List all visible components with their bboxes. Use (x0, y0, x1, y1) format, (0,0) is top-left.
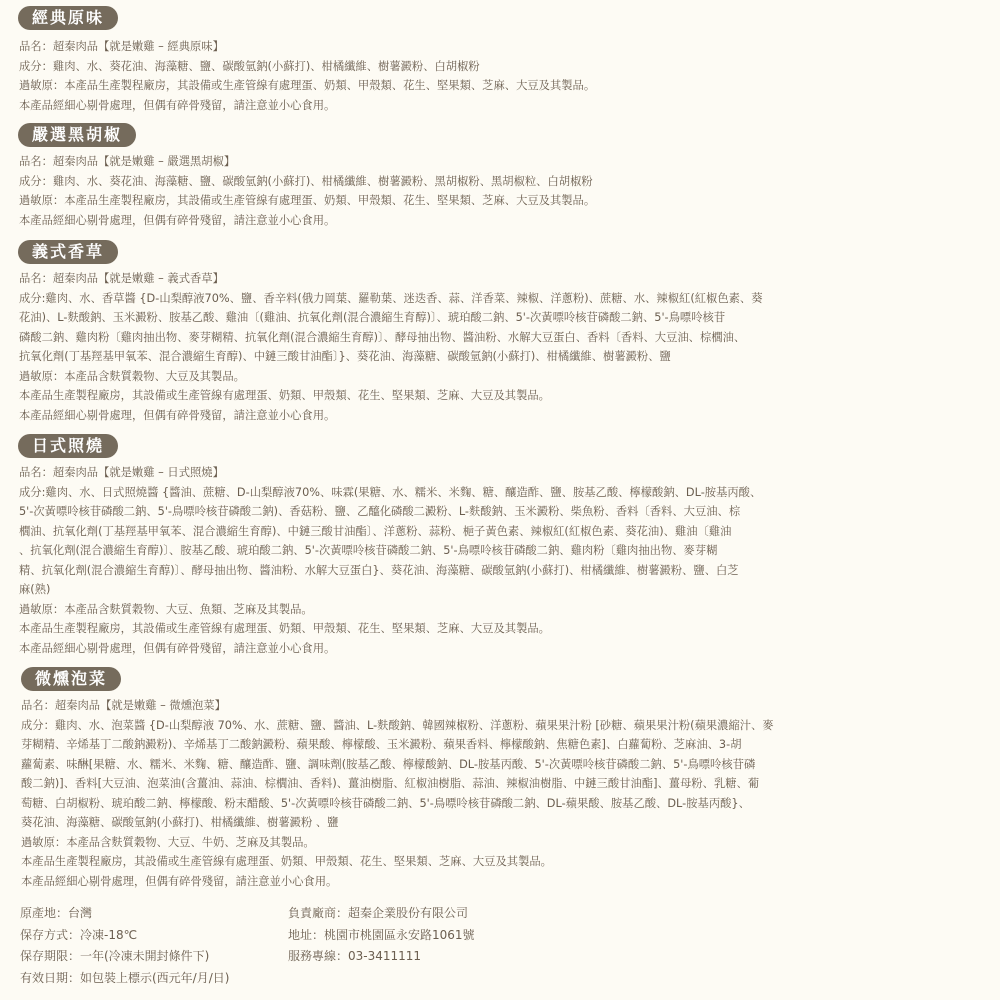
ingredients-line: 麻(熟) (19, 580, 809, 600)
ingredients-line: 成分：雞肉、水、葵花油、海藻糖、鹽、碳酸氫鈉(小蘇打)、柑橘纖維、樹薯澱粉、白胡… (19, 57, 809, 77)
product-name-line: 品名：超秦肉品【就是嫩雞 – 微燻泡菜】 (21, 696, 811, 716)
section-title-pill: 義式香草 (18, 240, 118, 264)
product-name-line: 品名：超秦肉品【就是嫩雞 – 日式照燒】 (19, 463, 809, 483)
manufacturer-line: 負責廠商：超秦企業股份有限公司 (288, 903, 475, 925)
ingredients-line: 成分:雞肉、水、香草醬 {D-山梨醇液70%、鹽、香辛料(俄力岡葉、羅勒葉、迷迭… (19, 289, 809, 309)
allergen-line: 過敏原：本產品生產製程廠房，其設備或生產管線有處理蛋、奶類、甲殼類、花生、堅果類… (19, 76, 809, 96)
section-details: 品名：超秦肉品【就是嫩雞 – 微燻泡菜】 成分：雞肉、水、泡菜醬 {D-山梨醇液… (21, 696, 811, 891)
allergen-line: 過敏原：本產品含麩質穀物、大豆、牛奶、芝麻及其製品。 (21, 833, 811, 853)
bone-notice-line: 本產品經細心剔骨處理，但偶有碎骨殘留，請注意並小心食用。 (19, 211, 809, 231)
section-details: 品名：超秦肉品【就是嫩雞 – 嚴選黑胡椒】 成分：雞肉、水、葵花油、海藻糖、鹽、… (19, 152, 809, 230)
facility-notice-line: 本產品生產製程廠房，其設備或生產管線有處理蛋、奶類、甲殼類、花生、堅果類、芝麻、… (19, 619, 809, 639)
expiry-date-line: 有效日期：如包裝上標示(西元年/月/日) (20, 968, 229, 990)
section-details: 品名：超秦肉品【就是嫩雞 – 義式香草】 成分:雞肉、水、香草醬 {D-山梨醇液… (19, 269, 809, 425)
footer-left-column: 原產地：台灣 保存方式：冷凍-18℃ 保存期限：一年(冷凍未開封條件下) 有效日… (20, 903, 229, 989)
ingredients-line: 芽糊精、辛烯基丁二酸鈉澱粉)、辛烯基丁二酸鈉澱粉、蘋果酸、檸檬酸、玉米澱粉、蘋果… (21, 735, 811, 755)
section-title-pill: 經典原味 (18, 6, 118, 30)
ingredients-line: 成分:雞肉、水、日式照燒醬 {醬油、蔗糖、D-山梨醇液70%、味霖(果糖、水、糯… (19, 483, 809, 503)
bone-notice-line: 本產品經細心剔骨處理，但偶有碎骨殘留，請注意並小心食用。 (19, 639, 809, 659)
bone-notice-line: 本產品經細心剔骨處理，但偶有碎骨殘留，請注意並小心食用。 (21, 872, 811, 892)
ingredients-line: 抗氧化劑(丁基羥基甲氧苯、混合濃縮生育醇)、中鏈三酸甘油酯〕}、葵花油、海藻糖、… (19, 347, 809, 367)
ingredients-line: 萄糖、白胡椒粉、琥珀酸二鈉、檸檬酸、粉末醋酸、5'-次黃嘌呤核苷磷酸二鈉、5'-… (21, 794, 811, 814)
storage-method-line: 保存方式：冷凍-18℃ (20, 925, 229, 947)
section-details: 品名：超秦肉品【就是嫩雞 – 日式照燒】 成分:雞肉、水、日式照燒醬 {醬油、蔗… (19, 463, 809, 658)
address-line: 地址：桃園市桃園區永安路1061號 (288, 925, 475, 947)
section-title-pill: 日式照燒 (18, 434, 118, 458)
ingredients-line: 蘿蔔素、味醂[果糖、水、糯米、米麴、糖、釀造酢、鹽、調味劑(胺基乙酸、檸檬酸鈉、… (21, 755, 811, 775)
ingredients-line: 成分：雞肉、水、泡菜醬 {D-山梨醇液 70%、水、蔗糖、鹽、醬油、L-麩酸鈉、… (21, 716, 811, 736)
ingredients-line: 磷酸二鈉、雞肉粉〔雞肉抽出物、麥芽糊精、抗氧化劑(混合濃縮生育醇)〕、酵母抽出物… (19, 328, 809, 348)
facility-notice-line: 本產品生產製程廠房，其設備或生產管線有處理蛋、奶類、甲殼類、花生、堅果類、芝麻、… (21, 852, 811, 872)
section-title-pill: 微燻泡菜 (21, 667, 121, 691)
product-name-line: 品名：超秦肉品【就是嫩雞 – 義式香草】 (19, 269, 809, 289)
allergen-line: 過敏原：本產品含麩質穀物、大豆、魚類、芝麻及其製品。 (19, 600, 809, 620)
ingredients-line: 5'-次黃嘌呤核苷磷酸二鈉、5'-鳥嘌呤核苷磷酸二鈉)、香菇粉、鹽、乙醯化磷酸二… (19, 502, 809, 522)
shelf-life-line: 保存期限：一年(冷凍未開封條件下) (20, 946, 229, 968)
allergen-line: 過敏原：本產品生產製程廠房，其設備或生產管線有處理蛋、奶類、甲殼類、花生、堅果類… (19, 191, 809, 211)
footer-right-column: 負責廠商：超秦企業股份有限公司 地址：桃園市桃園區永安路1061號 服務專線：0… (288, 903, 475, 968)
bone-notice-line: 本產品經細心剔骨處理，但偶有碎骨殘留，請注意並小心食用。 (19, 406, 809, 426)
product-name-line: 品名：超秦肉品【就是嫩雞 – 嚴選黑胡椒】 (19, 152, 809, 172)
ingredients-line: 花油)、L-麩酸鈉、玉米澱粉、胺基乙酸、雞油〔(雞油、抗氧化劑(混合濃縮生育醇)… (19, 308, 809, 328)
ingredients-line: 葵花油、海藻糖、碳酸氫鈉(小蘇打)、柑橘纖維、樹薯澱粉 、鹽 (21, 813, 811, 833)
allergen-line: 過敏原：本產品含麩質穀物、大豆及其製品。 (19, 367, 809, 387)
ingredients-line: 櫚油、抗氧化劑(丁基羥基甲氧苯、混合濃縮生育醇)、中鏈三酸甘油酯〕、洋蔥粉、蒜粉… (19, 522, 809, 542)
ingredients-line: 成分：雞肉、水、葵花油、海藻糖、鹽、碳酸氫鈉(小蘇打)、柑橘纖維、樹薯澱粉、黑胡… (19, 172, 809, 192)
ingredients-line: 、抗氧化劑(混合濃縮生育醇)〕、胺基乙酸、琥珀酸二鈉、5'-次黃嘌呤核苷磷酸二鈉… (19, 541, 809, 561)
section-details: 品名：超秦肉品【就是嫩雞 – 經典原味】 成分：雞肉、水、葵花油、海藻糖、鹽、碳… (19, 37, 809, 115)
section-title-pill: 嚴選黑胡椒 (18, 123, 136, 147)
bone-notice-line: 本產品經細心剔骨處理，但偶有碎骨殘留，請注意並小心食用。 (19, 96, 809, 116)
ingredients-line: 精、抗氧化劑(混合濃縮生育醇)〕、酵母抽出物、醬油粉、水解大豆蛋白}、葵花油、海… (19, 561, 809, 581)
origin-line: 原產地：台灣 (20, 903, 229, 925)
facility-notice-line: 本產品生產製程廠房，其設備或生產管線有處理蛋、奶類、甲殼類、花生、堅果類、芝麻、… (19, 386, 809, 406)
ingredients-line: 酸二鈉)]、香料[大豆油、泡菜油(含薑油、蒜油、棕櫚油、香料)、薑油樹脂、紅椒油… (21, 774, 811, 794)
product-name-line: 品名：超秦肉品【就是嫩雞 – 經典原味】 (19, 37, 809, 57)
service-hotline-line: 服務專線：03-3411111 (288, 946, 475, 968)
